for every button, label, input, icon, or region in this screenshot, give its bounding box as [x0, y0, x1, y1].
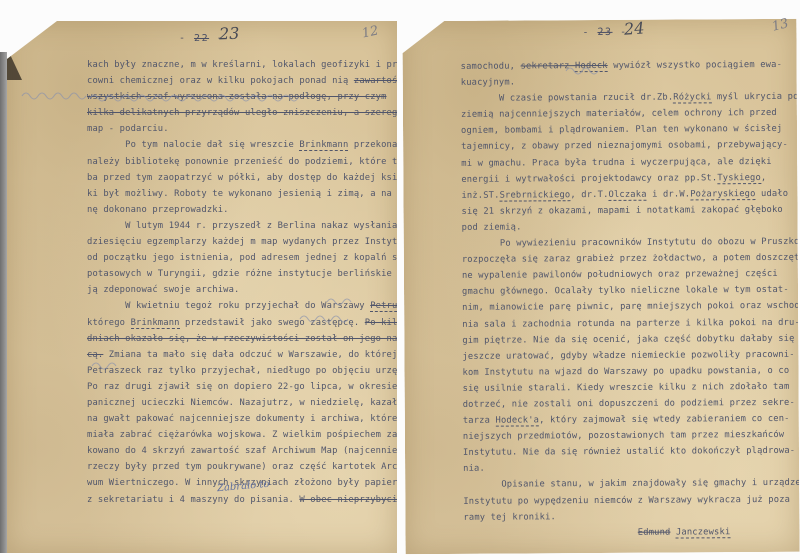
text-line: kach były znaczne, m w kreślarni, lokala…: [87, 57, 397, 73]
typed-text: mi w gmachu. Praca była trudna i wyczerp…: [461, 157, 771, 169]
typed-text: Opisanie stanu, w jakim znajdowały się g…: [463, 478, 799, 490]
underlined-name: Tyskiego: [717, 173, 761, 184]
underlined-name: Brinkmann: [299, 140, 348, 151]
typed-text: potasowych w Turyngii, gdzie różne insty…: [87, 269, 397, 279]
text-line: na gwałt pakować najcenniejsze dokumenty…: [87, 411, 397, 427]
typed-text: cowni chemicznej oraz w kilku pokojach p…: [87, 76, 354, 86]
text-line: tarza Hodeck'a, który zajmował się wtedy…: [463, 411, 793, 429]
typed-text: jeszcze uratować, gdyby władze niemiecki…: [462, 350, 794, 362]
text-line: kowano do 4 skrzyń zawartość szaf Archiw…: [87, 443, 397, 459]
typed-text: dotrzeć, nie zostali oni dopuszczeni do …: [463, 398, 795, 410]
text-line: miała zabrać ciężarówka wojskowa. Z wiel…: [87, 427, 397, 443]
ink-mark-over-petruscheck: [327, 296, 347, 306]
text-line: dotrzeć, nie zostali oni dopuszczeni do …: [463, 395, 793, 413]
typed-text: Po raz drugi zjawił się on dopiero 22-go…: [87, 382, 397, 392]
text-line: kilka delikatnych przyrządów uległo znis…: [87, 105, 397, 121]
typed-text: samochodu,: [461, 61, 521, 71]
text-line: Petraszeck raz tylko przyjechał, niedług…: [87, 363, 397, 379]
page-right: - 23 - samochodu, sekretarz Hodeck wywió…: [402, 19, 799, 554]
text-line: ogniem, bombami i plądrowaniem. Plan ten…: [461, 121, 791, 139]
page-number-header-right: - 23 -: [582, 27, 627, 38]
typewritten-text-left: kach były znaczne, m w kreślarni, lokala…: [87, 57, 397, 508]
struck-text: Po kilku: [365, 318, 397, 328]
typed-text: Zmiana ta mało się dała odczuć w Warszaw…: [103, 350, 397, 360]
text-line: dniach okazało się, że w rzeczywistości …: [87, 331, 397, 347]
typed-text: nia.: [463, 464, 485, 474]
typed-text: nę dokonano przeprowadzki.: [87, 205, 229, 215]
typed-text: Po wywiezieniu pracowników Instytutu do …: [462, 237, 800, 249]
text-line: ziemią najcenniejszych materiałów, celem…: [461, 105, 791, 123]
text-line: ramy tej kroniki.: [463, 507, 793, 525]
text-line: Opisanie stanu, w jakim znajdowały się g…: [463, 475, 793, 493]
typed-text: niejszych przedmiotów, pozostawionych ta…: [463, 430, 784, 442]
typed-text: inż.ST.: [461, 190, 499, 200]
typed-text: [463, 527, 637, 538]
text-line: należy bibliotekę ponownie przenieść do …: [87, 154, 397, 170]
typed-text: na gwałt pakować najcenniejsze dokumenty…: [87, 414, 397, 424]
typed-text: ramy tej kroniki.: [463, 512, 556, 523]
text-line: W czasie powstania rzucił dr.Zb.Różycki …: [461, 89, 791, 107]
text-line: mi w gmachu. Praca była trudna i wyczerp…: [461, 153, 791, 171]
text-line: ne wypalenie pawilonów południowych oraz…: [462, 266, 792, 284]
page-number-header-left: - 22 -: [179, 33, 224, 44]
text-line: kom Instytutu na wjazd do Warszawy po up…: [462, 363, 792, 381]
typed-text: , dr.T.: [570, 190, 608, 200]
text-line: tajemnicy, z obawy przed nieznajomymi os…: [461, 137, 791, 155]
text-line: cowni chemicznej oraz w kilku pokojach p…: [87, 73, 397, 89]
typed-text: wywiózł wszystko pociągiem ewa-: [608, 60, 782, 71]
text-line: Po tym nalocie dał się wreszcie Brinkman…: [87, 137, 397, 153]
text-line: cą. Zmiana ta mało się dała odczuć w War…: [87, 347, 397, 363]
typed-text: map - podarciu.: [87, 124, 169, 134]
typed-text: kuacyjnym.: [461, 78, 516, 88]
typed-text: Petraszeck raz tylko przyjechał, niedług…: [87, 366, 397, 376]
text-line: się 21 skrzyń z okazami, mapami i notatk…: [461, 202, 791, 220]
illegible-margin-note: [22, 90, 84, 100]
text-line: niejszych przedmiotów, pozostawionych ta…: [463, 427, 793, 445]
struck-text: 23: [597, 27, 612, 38]
typed-text: się 21 skrzyń z okazami, mapami i notatk…: [462, 205, 783, 217]
text-line: ki był możliwy. Roboty te wykonano jesie…: [87, 186, 397, 202]
typed-text: od początku jego istnienia, pod adresem …: [87, 253, 397, 263]
typed-text: kowano do 4 skrzyń zawartość szaf Archiw…: [87, 446, 397, 456]
text-line: gim piętrze. Nie da się ocenić, jaka czę…: [462, 330, 792, 348]
text-line: Instytutu po wypędzeniu niemców z Warsza…: [463, 491, 793, 509]
struck-text: W obec nieprzybycia: [299, 495, 397, 505]
typed-text: ba przed tym zaopatrzyć w półki, aby dos…: [87, 173, 397, 183]
typed-text: tajemnicy, z obawy przed nieznajomymi os…: [461, 140, 788, 152]
ink-correction-zastepce: [300, 313, 346, 323]
text-line: się usilnie starali. Kiedy wreszcie kilk…: [463, 379, 793, 397]
typed-text: W lutym 1944 r. przyszedł z Berlina naka…: [87, 221, 397, 231]
typed-text: tarza: [463, 416, 496, 426]
underlined-name: Srebrnickiego: [500, 190, 571, 201]
text-line: kuacyjnym.: [461, 73, 791, 91]
typewritten-text-right: samochodu, sekretarz Hodeck wywiózł wszy…: [461, 57, 794, 542]
typed-text: energii i wytrwałości projektodawcy oraz…: [461, 173, 717, 185]
illegible-interline-note: [90, 92, 295, 102]
text-line: którego Brinkmann przedstawił jako swego…: [87, 315, 397, 331]
typed-text: przekonać, że: [348, 140, 397, 150]
typed-text: nia sala i zachodnia rotunda na parterze…: [462, 317, 799, 329]
text-line: z sekretariatu i 4 maszyny do pisania. W…: [87, 492, 397, 508]
typed-text: pod ziemią.: [462, 222, 522, 232]
text-line: Po raz drugi zjawił się on dopiero 22-go…: [87, 379, 397, 395]
text-line: potasowych w Turyngii, gdzie różne insty…: [87, 266, 397, 282]
handwritten-page-number-left: 23: [219, 24, 240, 44]
typed-text: należy bibliotekę ponownie przenieść do …: [87, 157, 397, 167]
typed-text: , który zajmował się wtedy zabieraniem c…: [539, 414, 790, 426]
text-line: od początku jego istnienia, pod adresem …: [87, 250, 397, 266]
typed-text: udało: [756, 189, 789, 199]
text-line: ją zdeponować swoje archiwa.: [87, 282, 397, 298]
struck-text: Edmund: [638, 527, 671, 537]
typed-text: panicznej ucieczki Niemców. Nazajutrz, w…: [87, 398, 397, 408]
typed-text: rozpoczęła się zaraz grabież przez żołda…: [462, 253, 800, 265]
text-line: ba przed tym zaopatrzyć w półki, aby dos…: [87, 170, 397, 186]
text-line: rozpoczęła się zaraz grabież przez żołda…: [462, 250, 792, 268]
text-line: inż.ST.Srebrnickiego, dr.T.Olczaka i dr.…: [461, 186, 791, 204]
struck-text: kilka delikatnych przyrządów uległo znis…: [87, 108, 397, 118]
text-line: nę dokonano przeprowadzki.: [87, 202, 397, 218]
typed-text: -: [582, 27, 597, 38]
text-line: Instytutu. Nie da się również ustalić kt…: [463, 443, 793, 461]
typed-text: gmachu głównego. Ocalały tylko nieliczne…: [462, 285, 789, 297]
typed-text: ,: [761, 173, 767, 183]
text-line: rzeczy były przed tym poukrywane) oraz c…: [87, 459, 397, 475]
underlined-name: Pożaryskiego: [690, 189, 755, 200]
text-line: panicznej ucieczki Niemców. Nazajutrz, w…: [87, 395, 397, 411]
underlined-name: Olczaka: [608, 189, 646, 200]
text-line: nia.: [463, 459, 793, 477]
typed-text: którego: [87, 318, 131, 328]
text-line: dziesięciu egzemplarzy każdej m map wyda…: [87, 234, 397, 250]
struck-text: zawartość: [354, 76, 397, 86]
struck-text: dniach okazało się, że w rzeczywistości …: [87, 334, 397, 344]
scanner-edge-strip: [0, 52, 7, 553]
typed-text: kach były znaczne, m w kreślarni, lokala…: [87, 60, 397, 70]
typed-text: W czasie powstania rzucił dr.Zb.: [461, 93, 673, 104]
typed-text: i dr.W.: [647, 189, 691, 199]
text-line: pod ziemią.: [462, 218, 792, 236]
typed-text: nim, mianowicie parę piwnic, parę mniejs…: [462, 301, 800, 313]
text-line: Po wywiezieniu pracowników Instytutu do …: [462, 234, 792, 252]
typed-text: ją zdeponować swoje archiwa.: [87, 285, 240, 295]
text-line: nim, mianowicie parę piwnic, parę mniejs…: [462, 298, 792, 316]
underlined-name: Brinkmann: [131, 318, 180, 329]
text-line: samochodu, sekretarz Hodeck wywiózł wszy…: [461, 57, 791, 75]
ink-correction-petraszeck: [92, 360, 116, 370]
text-line: nia sala i zachodnia rotunda na parterze…: [462, 314, 792, 332]
underlined-name: Różycki: [673, 93, 711, 104]
text-line: gmachu głównego. Ocalały tylko nieliczne…: [462, 282, 792, 300]
typed-text: rzeczy były przed tym poukrywane) oraz c…: [87, 462, 397, 472]
handwritten-page-number-right: 24: [623, 18, 645, 38]
typed-text: ziemią najcenniejszych materiałów, celem…: [461, 108, 777, 120]
page-corner-fold: [7, 48, 22, 80]
underlined-name: Petruscheck,: [370, 301, 397, 312]
typed-text: się usilnie starali. Kiedy wreszcie kilk…: [463, 382, 790, 394]
typed-text: -: [179, 33, 194, 44]
typed-text: ne wypalenie pawilonów południowych oraz…: [462, 269, 778, 281]
typed-text: miała zabrać ciężarówka wojskowa. Z wiel…: [87, 430, 397, 440]
ink-mark-under-wywiozl: [566, 65, 596, 75]
typed-text: dziesięciu egzemplarzy każdej m map wyda…: [87, 237, 397, 247]
typed-text: gim piętrze. Nie da się ocenić, jaka czę…: [462, 333, 794, 345]
typed-text: ki był możliwy. Roboty te wykonano jesie…: [87, 189, 397, 199]
text-line: map - podarciu.: [87, 121, 397, 137]
underlined-name: Janczewski: [676, 527, 731, 538]
typed-text: myśl ukrycia pod: [711, 92, 799, 103]
text-line: W lutym 1944 r. przyszedł z Berlina naka…: [87, 218, 397, 234]
typed-text: Po tym nalocie dał się wreszcie: [87, 140, 299, 150]
struck-text: cą.: [87, 350, 103, 360]
text-line: Edmund Janczewski: [463, 524, 793, 542]
typed-text: ogniem, bombami i plądrowaniem. Plan ten…: [461, 124, 782, 136]
struck-text: 22: [194, 33, 209, 44]
text-line: jeszcze uratować, gdyby władze niemiecki…: [462, 347, 792, 365]
text-line: energii i wytrwałości projektodawcy oraz…: [461, 169, 791, 187]
typed-text: Instytutu po wypędzeniu niemców z Warsza…: [463, 494, 790, 506]
typed-text: z sekretariatu i 4 maszyny do pisania.: [87, 495, 299, 505]
scanned-typescript-document: { "colors": { "paper": "#d9c49c", "ink":…: [0, 0, 800, 560]
underlined-name: Hodeck'a: [495, 415, 539, 426]
typed-text: kom Instytutu na wjazd do Warszawy po up…: [462, 366, 789, 378]
typed-text: Instytutu. Nie da się również ustalić kt…: [463, 446, 795, 458]
